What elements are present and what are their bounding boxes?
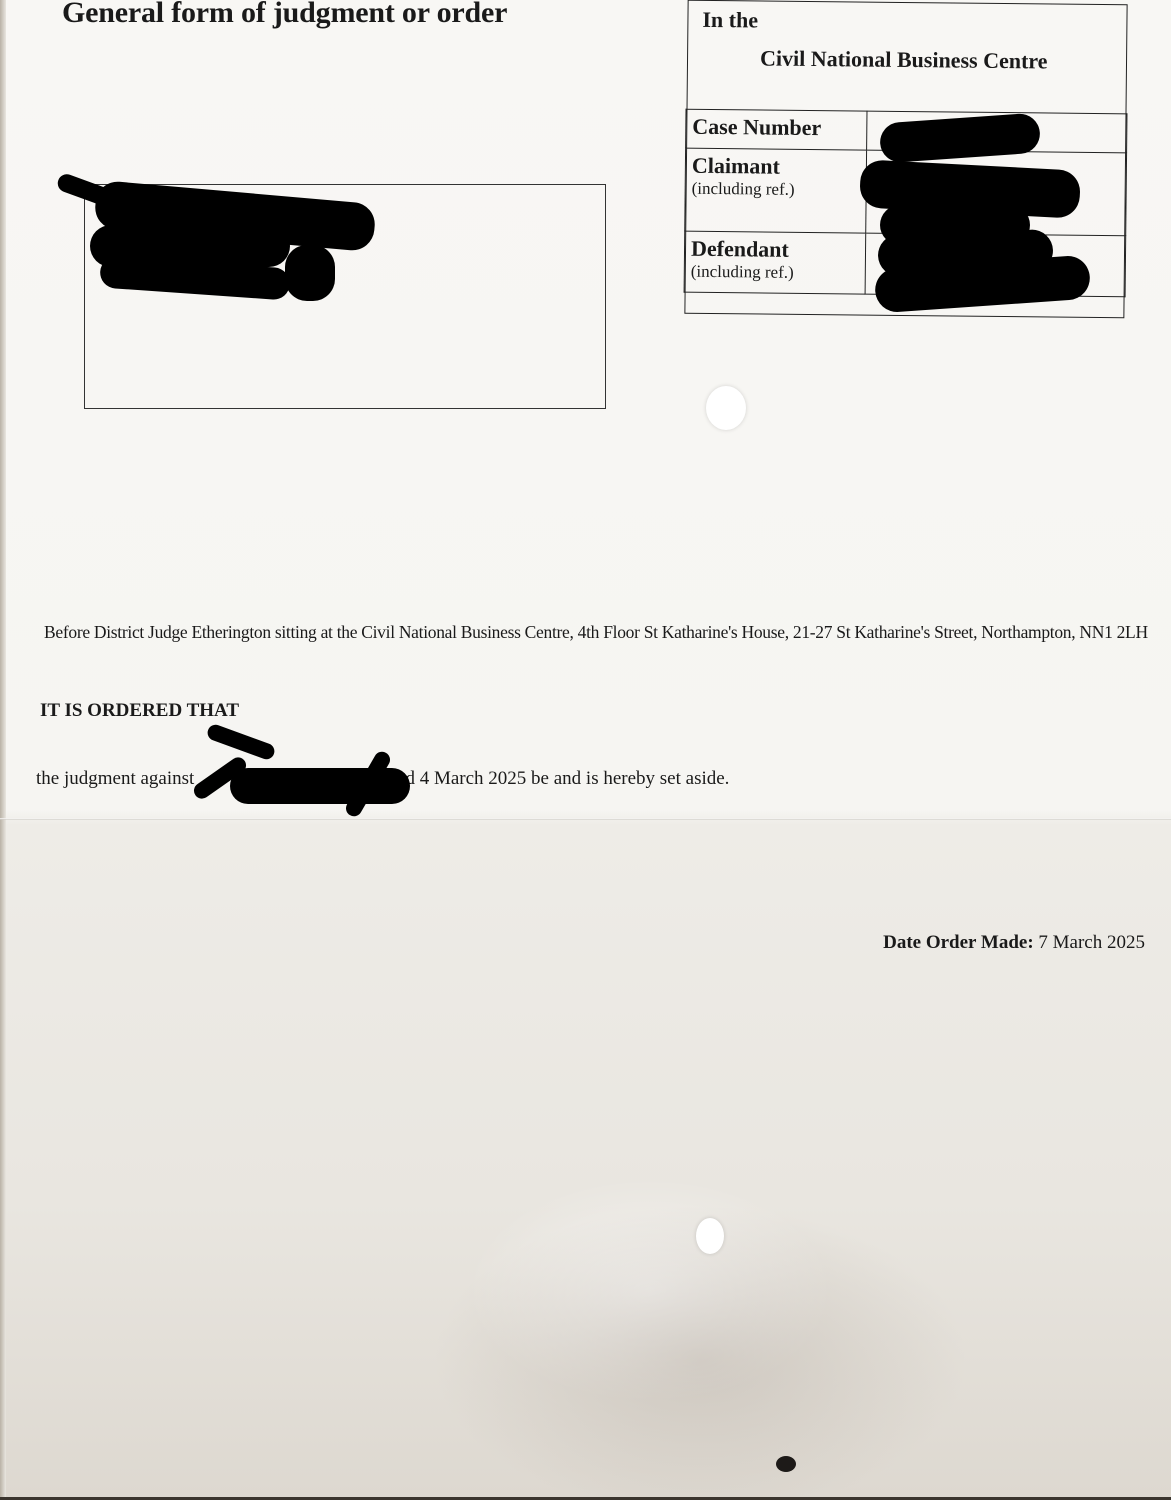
paper-hole xyxy=(776,1456,796,1472)
paper-fold-crease xyxy=(0,818,1171,820)
defendant-label: Defendant xyxy=(691,236,859,264)
page-edge xyxy=(0,0,6,1500)
before-statement: Before District Judge Etherington sittin… xyxy=(44,620,1164,645)
claimant-label: Claimant xyxy=(692,153,860,181)
case-number-label: Case Number xyxy=(692,114,860,142)
date-order-made-label: Date Order Made: xyxy=(883,932,1034,953)
ordered-heading: IT IS ORDERED THAT xyxy=(40,698,239,723)
date-order-made-value: 7 March 2025 xyxy=(1038,932,1145,953)
order-prefix: the judgment against xyxy=(36,768,194,789)
order-suffix: dated 4 March 2025 be and is hereby set … xyxy=(374,768,730,789)
defendant-sublabel: (including ref.) xyxy=(691,262,859,284)
court-name: Civil National Business Centre xyxy=(760,45,1048,74)
date-order-made: Date Order Made: 7 March 2025 xyxy=(883,932,1145,954)
document-title: General form of judgment or order xyxy=(62,0,507,30)
paper-tear xyxy=(706,386,746,430)
claimant-sublabel: (including ref.) xyxy=(692,179,860,201)
paper-tear xyxy=(696,1218,724,1254)
court-prefix: In the xyxy=(702,7,758,34)
